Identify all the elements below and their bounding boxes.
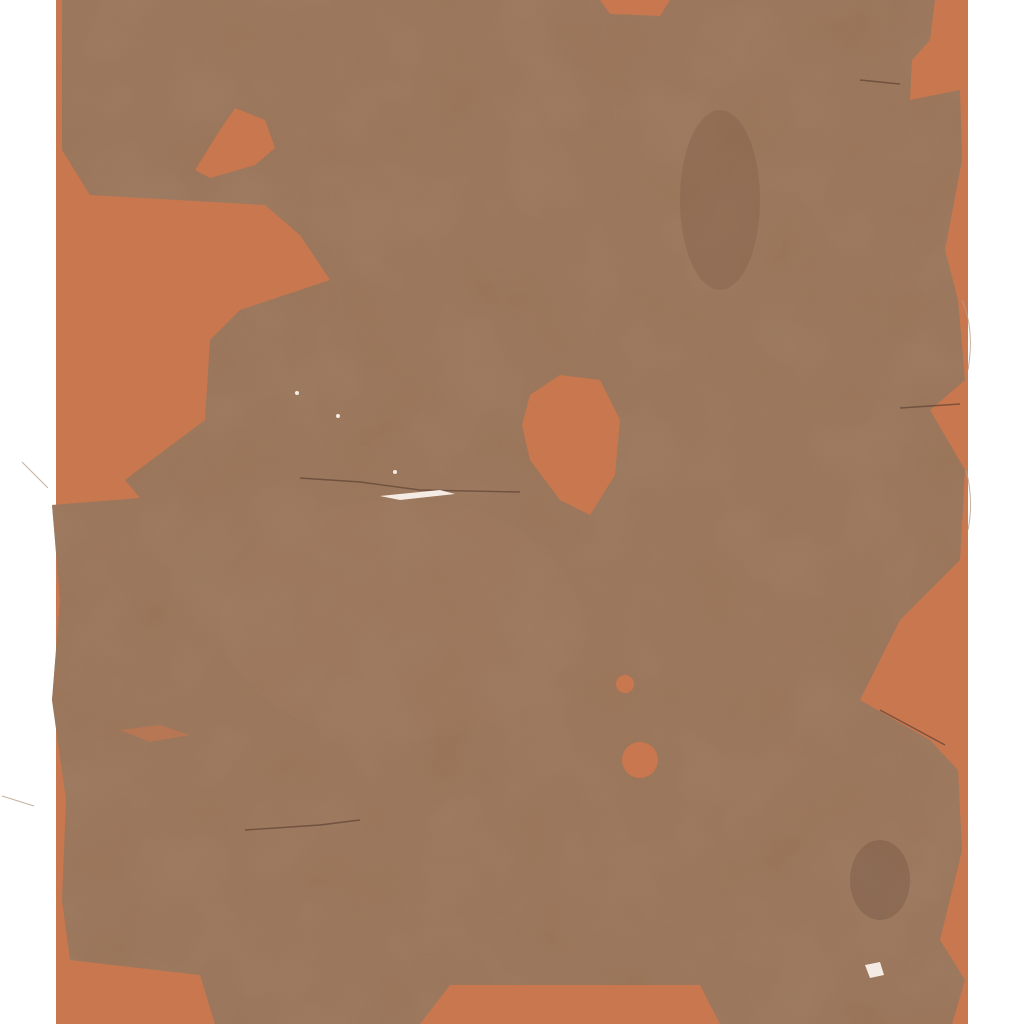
textile-illustration [0,0,1024,1024]
textile-fragment [0,0,1024,1024]
photo-scene [0,0,1024,1024]
fabric-body [0,0,1024,1024]
